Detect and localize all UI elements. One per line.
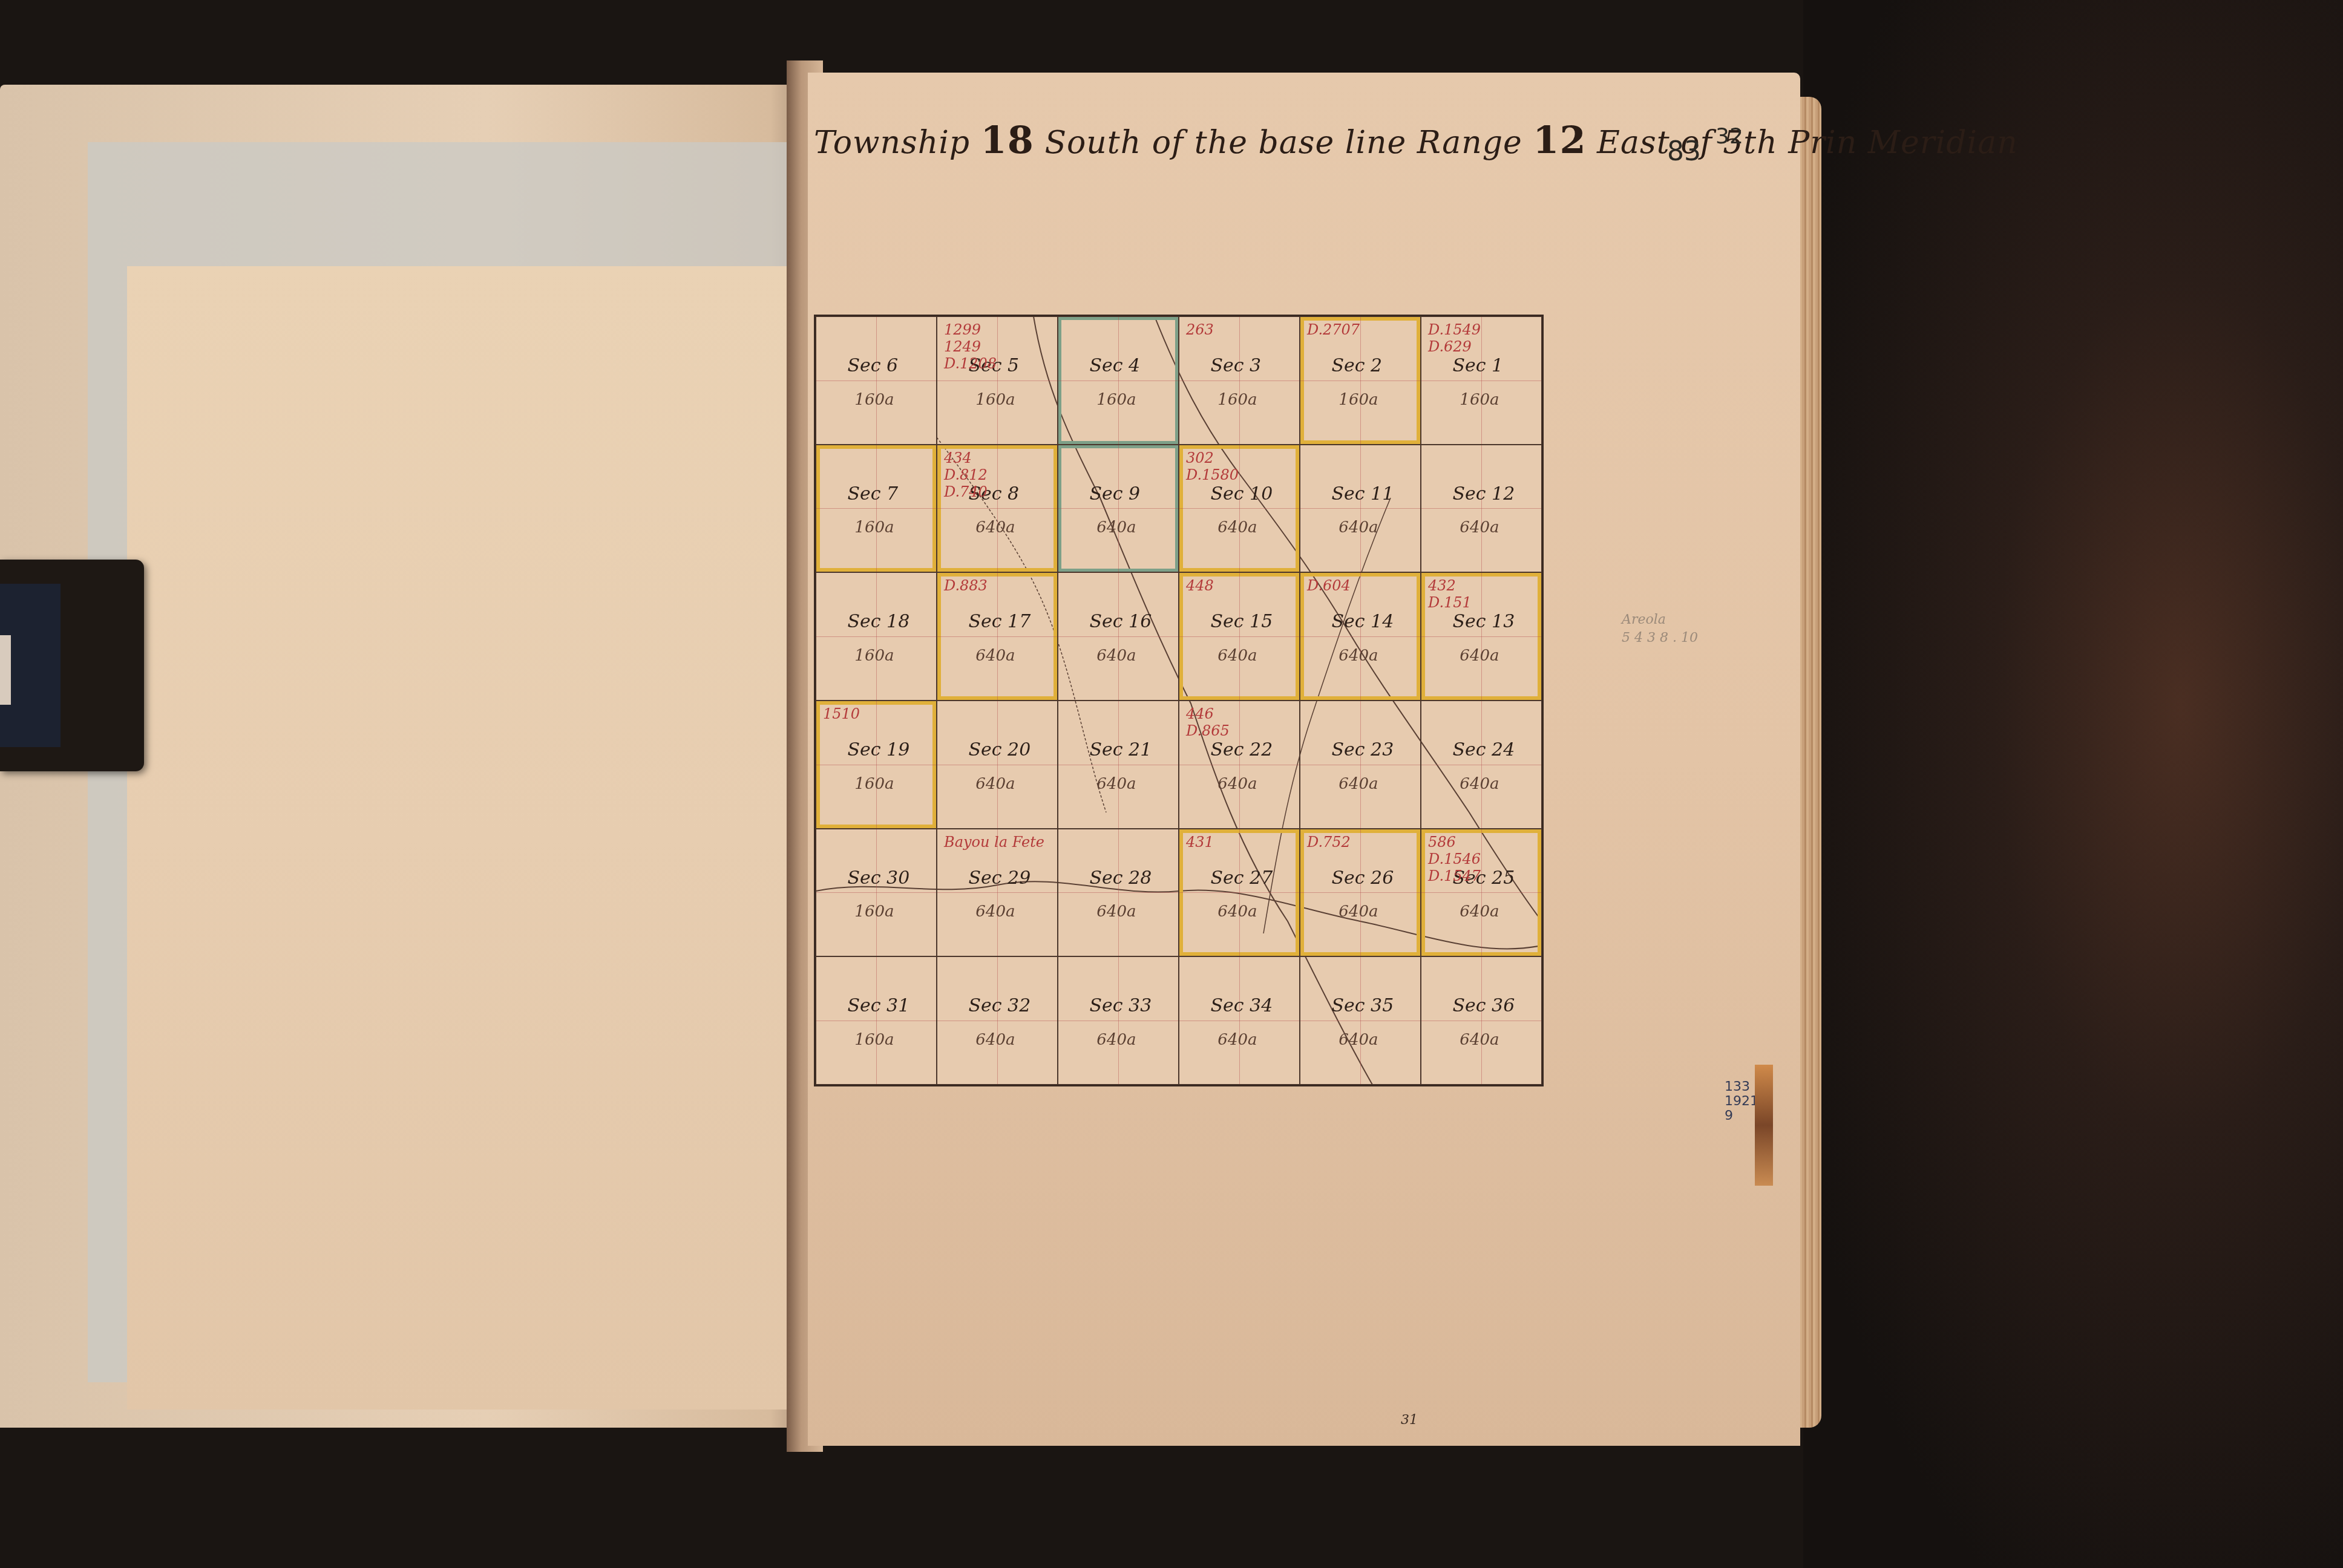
section-9: Sec 9640a <box>1058 445 1179 573</box>
section-label: Sec 35 <box>1331 995 1394 1016</box>
plat-annotation: 302 <box>1186 449 1214 466</box>
section-acreage: 640a <box>1096 903 1136 921</box>
section-acreage: 640a <box>1096 647 1136 665</box>
section-acreage: 160a <box>1339 391 1378 409</box>
section-acreage: 160a <box>854 903 894 921</box>
section-label: Sec 14 <box>1331 611 1394 632</box>
section-acreage: 640a <box>1339 518 1378 537</box>
page-number: 83 <box>1667 136 1701 167</box>
quarter-line-horizontal <box>1421 508 1541 509</box>
quarter-line-horizontal <box>1421 765 1541 765</box>
quarter-line-horizontal <box>1179 1021 1299 1021</box>
quarter-line-horizontal <box>816 765 936 765</box>
section-acreage: 640a <box>975 1031 1015 1049</box>
clip-window <box>0 635 11 705</box>
section-24: Sec 24640a <box>1421 701 1542 829</box>
plat-annotation: D.1208 <box>944 355 997 372</box>
margin-note: 133 1921 9 <box>1725 1080 1758 1123</box>
section-30: Sec 30160a <box>816 829 937 957</box>
section-acreage: 640a <box>1460 1031 1499 1049</box>
section-34: Sec 34640a <box>1179 956 1300 1085</box>
quarter-line-horizontal <box>937 1021 1057 1021</box>
section-acreage: 160a <box>854 1031 894 1049</box>
section-32: Sec 32640a <box>937 956 1058 1085</box>
plat-annotation: D.752 <box>1307 834 1351 851</box>
margin-note-line: 133 <box>1725 1080 1758 1094</box>
quarter-line-horizontal <box>1179 508 1299 509</box>
quarter-line-horizontal <box>1300 381 1420 381</box>
plat-annotation: 434 <box>944 449 972 466</box>
pencil-note-line: 5 4 3 8 . 10 <box>1622 629 1698 647</box>
quarter-line-horizontal <box>816 508 936 509</box>
section-acreage: 160a <box>1460 391 1499 409</box>
section-label: Sec 17 <box>968 611 1031 632</box>
township-plat-grid: Sec 6160aSec 5160aSec 4160aSec 3160aSec … <box>814 315 1544 1086</box>
section-28: Sec 28640a <box>1058 829 1179 957</box>
plat-annotation: 1510 <box>823 705 860 722</box>
section-label: Sec 2 <box>1331 355 1382 376</box>
plat-annotation: 431 <box>1186 834 1214 851</box>
section-label: Sec 6 <box>847 355 898 376</box>
quarter-line-horizontal <box>1179 765 1299 765</box>
section-acreage: 160a <box>854 775 894 793</box>
section-20: Sec 20640a <box>937 701 1058 829</box>
section-label: Sec 33 <box>1089 995 1152 1016</box>
section-4: Sec 4160a <box>1058 316 1179 445</box>
section-18: Sec 18160a <box>816 572 937 701</box>
section-16: Sec 16640a <box>1058 572 1179 701</box>
quarter-line-horizontal <box>1179 892 1299 893</box>
section-12: Sec 12640a <box>1421 445 1542 573</box>
plat-annotation: D.1547 <box>1428 867 1481 884</box>
section-11: Sec 11640a <box>1300 445 1421 573</box>
quarter-line-horizontal <box>816 381 936 381</box>
plat-annotation: 448 <box>1186 577 1214 594</box>
pencil-note-line: Areola <box>1622 611 1698 629</box>
section-label: Sec 3 <box>1210 355 1261 376</box>
plat-annotation: 1299 <box>944 321 981 338</box>
section-acreage: 640a <box>1096 518 1136 537</box>
section-label: Sec 21 <box>1089 739 1152 760</box>
section-label: Sec 20 <box>968 739 1031 760</box>
page-tab-marker <box>1755 1065 1773 1186</box>
quarter-line-horizontal <box>1300 892 1420 893</box>
section-acreage: 640a <box>1339 647 1378 665</box>
section-acreage: 640a <box>1217 903 1257 921</box>
title-base-line-text: South of the base line <box>1044 125 1406 161</box>
section-label: Sec 34 <box>1210 995 1273 1016</box>
plat-annotation: D.1580 <box>1186 466 1239 483</box>
quarter-line-horizontal <box>1058 508 1178 509</box>
section-31: Sec 31160a <box>816 956 937 1085</box>
quarter-line-horizontal <box>937 892 1057 893</box>
section-label: Sec 4 <box>1089 355 1140 376</box>
plat-annotation: 446 <box>1186 705 1214 722</box>
section-35: Sec 35640a <box>1300 956 1421 1085</box>
section-label: Sec 28 <box>1089 867 1152 889</box>
section-label: Sec 15 <box>1210 611 1273 632</box>
section-label: Sec 22 <box>1210 739 1273 760</box>
section-acreage: 640a <box>1217 518 1257 537</box>
quarter-line-horizontal <box>937 381 1057 381</box>
left-page-blank-sheet <box>127 266 805 1410</box>
quarter-line-horizontal <box>816 892 936 893</box>
plat-annotation: D.865 <box>1186 722 1230 739</box>
section-acreage: 640a <box>975 647 1015 665</box>
quarter-line-horizontal <box>1058 1021 1178 1021</box>
quarter-line-horizontal <box>1300 1021 1420 1021</box>
plat-annotation: D.1549 <box>1428 321 1481 338</box>
quarter-line-horizontal <box>1058 636 1178 637</box>
section-21: Sec 21640a <box>1058 701 1179 829</box>
section-acreage: 640a <box>1339 903 1378 921</box>
quarter-line-horizontal <box>816 1021 936 1021</box>
section-label: Sec 7 <box>847 483 898 505</box>
section-label: Sec 26 <box>1331 867 1394 889</box>
quarter-line-horizontal <box>1179 381 1299 381</box>
quarter-line-horizontal <box>937 508 1057 509</box>
plat-annotation: 432 <box>1428 577 1456 594</box>
plat-annotation: D.1546 <box>1428 851 1481 867</box>
section-label: Sec 11 <box>1331 483 1394 505</box>
section-label: Sec 18 <box>847 611 909 632</box>
plat-annotation: 263 <box>1186 321 1214 338</box>
section-acreage: 160a <box>854 647 894 665</box>
section-label: Sec 32 <box>968 995 1031 1016</box>
plat-annotation: D.604 <box>1307 577 1351 594</box>
section-acreage: 640a <box>975 518 1015 537</box>
section-6: Sec 6160a <box>816 316 937 445</box>
section-label: Sec 27 <box>1210 867 1273 889</box>
quarter-line-horizontal <box>937 636 1057 637</box>
quarter-line-horizontal <box>937 765 1057 765</box>
section-label: Sec 36 <box>1452 995 1515 1016</box>
page-number-alt: 32 <box>1715 124 1743 149</box>
section-33: Sec 33640a <box>1058 956 1179 1085</box>
section-acreage: 640a <box>1096 775 1136 793</box>
plat-title: Township 18 South of the base line Range… <box>814 118 2018 162</box>
section-acreage: 640a <box>1339 1031 1378 1049</box>
quarter-line-horizontal <box>1300 508 1420 509</box>
quarter-line-horizontal <box>1421 636 1541 637</box>
quarter-line-horizontal <box>1300 765 1420 765</box>
title-range-number: 12 <box>1533 118 1586 162</box>
section-acreage: 160a <box>854 518 894 537</box>
pencil-note: Areola 5 4 3 8 . 10 <box>1622 611 1698 647</box>
plat-annotation: 1249 <box>944 338 981 355</box>
section-23: Sec 23640a <box>1300 701 1421 829</box>
quarter-line-horizontal <box>1421 1021 1541 1021</box>
quarter-line-horizontal <box>1058 381 1178 381</box>
title-range-word: Range <box>1417 125 1522 161</box>
plat-annotation: D.151 <box>1428 594 1472 611</box>
section-label: Sec 16 <box>1089 611 1152 632</box>
section-acreage: 640a <box>1460 775 1499 793</box>
section-acreage: 640a <box>1217 775 1257 793</box>
section-label: Sec 30 <box>847 867 909 889</box>
section-label: Sec 24 <box>1452 739 1515 760</box>
section-acreage: 160a <box>854 391 894 409</box>
section-acreage: 640a <box>1339 775 1378 793</box>
section-acreage: 160a <box>1217 391 1257 409</box>
section-acreage: 160a <box>1096 391 1136 409</box>
quarter-line-horizontal <box>1421 892 1541 893</box>
margin-note-line: 1921 <box>1725 1094 1758 1109</box>
plat-annotation: D.812 <box>944 466 988 483</box>
plat-annotation: D.629 <box>1428 338 1472 355</box>
section-acreage: 160a <box>975 391 1015 409</box>
quarter-line-horizontal <box>1058 765 1178 765</box>
quarter-line-horizontal <box>816 636 936 637</box>
section-acreage: 640a <box>1217 647 1257 665</box>
section-acreage: 640a <box>1460 518 1499 537</box>
section-label: Sec 9 <box>1089 483 1140 505</box>
title-meridian-text: East of 5th Prin Meridian <box>1597 125 2018 161</box>
section-acreage: 640a <box>975 775 1015 793</box>
quarter-line-horizontal <box>1421 381 1541 381</box>
plat-annotation: Bayou la Fete <box>944 834 1044 851</box>
plat-annotation: D.2707 <box>1307 321 1360 338</box>
quarter-line-horizontal <box>1058 892 1178 893</box>
margin-note-line: 9 <box>1725 1109 1758 1123</box>
title-township-number: 18 <box>981 118 1034 162</box>
section-label: Sec 31 <box>847 995 909 1016</box>
section-label: Sec 23 <box>1331 739 1394 760</box>
section-label: Sec 10 <box>1210 483 1273 505</box>
section-acreage: 640a <box>1096 1031 1136 1049</box>
quarter-line-horizontal <box>1300 636 1420 637</box>
quarter-line-horizontal <box>1179 636 1299 637</box>
section-label: Sec 1 <box>1452 355 1503 376</box>
section-label: Sec 13 <box>1452 611 1515 632</box>
section-acreage: 640a <box>975 903 1015 921</box>
plat-annotation: 586 <box>1428 834 1456 851</box>
plat-annotation: D.883 <box>944 577 988 594</box>
plat-annotation: D.740 <box>944 483 988 500</box>
section-label: Sec 12 <box>1452 483 1515 505</box>
title-township-word: Township <box>814 125 970 161</box>
section-acreage: 640a <box>1217 1031 1257 1049</box>
section-label: Sec 29 <box>968 867 1031 889</box>
section-36: Sec 36640a <box>1421 956 1542 1085</box>
book-clip <box>0 560 144 771</box>
footer-number: 31 <box>1401 1413 1418 1428</box>
dark-background <box>1803 0 2343 1568</box>
section-acreage: 640a <box>1460 647 1499 665</box>
section-acreage: 640a <box>1460 903 1499 921</box>
section-7: Sec 7160a <box>816 445 937 573</box>
section-label: Sec 19 <box>847 739 909 760</box>
